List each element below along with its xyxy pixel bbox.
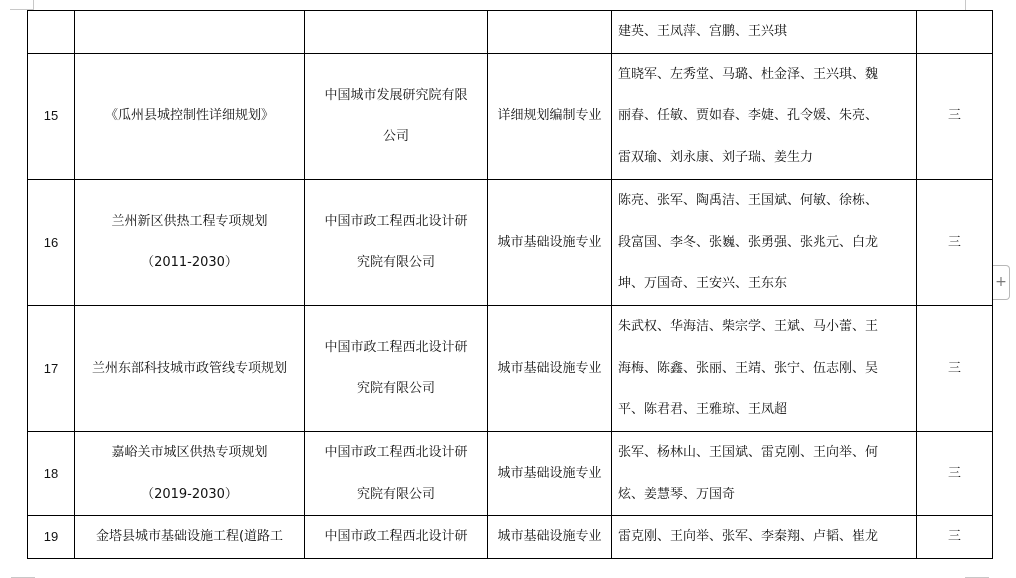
cell-project-name[interactable]: 《瓜州县城控制性详细规划》 (75, 53, 305, 179)
row-number: 19 (34, 516, 68, 558)
cell-award-level[interactable]: 三 (917, 53, 993, 179)
add-row-button[interactable]: + (993, 265, 1010, 300)
project-name-line: （2011-2030） (81, 242, 298, 284)
cell-number[interactable]: 15 (28, 53, 75, 179)
specialty: 详细规划编制专业 (494, 95, 605, 137)
participants-line: 平、陈君君、王雅琼、王凤超 (618, 389, 910, 431)
cell-award-level[interactable]: 三 (917, 179, 993, 305)
award-level: 三 (923, 222, 986, 264)
project-name-line: 金塔县城市基础设施工程(道路工 (81, 516, 298, 558)
page-corner-mark-top-right-vertical (965, 0, 966, 10)
cell-participants[interactable]: 建英、王凤萍、宫鹏、王兴琪 (612, 11, 917, 54)
organization-line: 中国市政工程西北设计研 (311, 516, 481, 558)
organization-line: 究院有限公司 (311, 242, 481, 284)
organization-line: 中国市政工程西北设计研 (311, 432, 481, 474)
cell-number[interactable]: 18 (28, 432, 75, 516)
cell-participants[interactable]: 笪晓军、左秀堂、马璐、杜金泽、王兴琪、魏丽春、任敏、贾如春、李婕、孔令媛、朱亮、… (612, 53, 917, 179)
participants-line: 雷克刚、王向举、张军、李秦翔、卢韬、崔龙 (618, 516, 910, 558)
project-name-line: 兰州新区供热工程专项规划 (81, 201, 298, 243)
cell-specialty[interactable]: 城市基础设施专业 (488, 305, 612, 431)
cell-award-level[interactable]: 三 (917, 516, 993, 559)
participants-line: 朱武权、华海洁、柴宗学、王斌、马小蕾、王 (618, 306, 910, 348)
cell-specialty[interactable]: 城市基础设施专业 (488, 432, 612, 516)
cell-organization[interactable]: 中国市政工程西北设计研 (305, 516, 488, 559)
row-number: 16 (34, 222, 68, 264)
cell-participants[interactable]: 陈亮、张军、陶禹洁、王国斌、何敏、徐栋、段富国、李冬、张巍、张勇强、张兆元、白龙… (612, 179, 917, 305)
cell-participants[interactable]: 朱武权、华海洁、柴宗学、王斌、马小蕾、王海梅、陈鑫、张丽、王靖、张宁、伍志刚、吴… (612, 305, 917, 431)
cell-specialty[interactable]: 城市基础设施专业 (488, 179, 612, 305)
cell-organization[interactable]: 中国市政工程西北设计研究院有限公司 (305, 179, 488, 305)
award-level: 三 (923, 453, 986, 495)
award-level: 三 (923, 516, 986, 558)
cell-award-level[interactable]: 三 (917, 432, 993, 516)
project-name-line: （2019-2030） (81, 474, 298, 516)
cell-project-name[interactable]: 兰州新区供热工程专项规划（2011-2030） (75, 179, 305, 305)
award-level: 三 (923, 348, 986, 390)
table-row: 15《瓜州县城控制性详细规划》中国城市发展研究院有限公司详细规划编制专业笪晓军、… (28, 53, 993, 179)
cell-project-name[interactable]: 兰州东部科技城市政管线专项规划 (75, 305, 305, 431)
specialty: 城市基础设施专业 (494, 516, 605, 558)
project-name-line: 《瓜州县城控制性详细规划》 (81, 95, 298, 137)
participants-line: 炫、姜慧琴、万国奇 (618, 474, 910, 516)
specialty: 城市基础设施专业 (494, 348, 605, 390)
row-number: 17 (34, 348, 68, 390)
cell-number[interactable]: 16 (28, 179, 75, 305)
table-row: 16兰州新区供热工程专项规划（2011-2030）中国市政工程西北设计研究院有限… (28, 179, 993, 305)
cell-number[interactable]: 17 (28, 305, 75, 431)
cell-organization[interactable]: 中国市政工程西北设计研究院有限公司 (305, 305, 488, 431)
participants-line: 段富国、李冬、张巍、张勇强、张兆元、白龙 (618, 222, 910, 264)
project-name-line: 兰州东部科技城市政管线专项规划 (81, 348, 298, 390)
participants-line: 海梅、陈鑫、张丽、王靖、张宁、伍志刚、吴 (618, 348, 910, 390)
table-row: 18嘉峪关市城区供热专项规划（2019-2030）中国市政工程西北设计研究院有限… (28, 432, 993, 516)
cell-number[interactable]: 19 (28, 516, 75, 559)
table-row: 19金塔县城市基础设施工程(道路工中国市政工程西北设计研城市基础设施专业雷克刚、… (28, 516, 993, 559)
participants-line: 雷双瑜、刘永康、刘子瑞、姜生力 (618, 137, 910, 179)
cell-organization[interactable] (305, 11, 488, 54)
cell-project-name[interactable]: 金塔县城市基础设施工程(道路工 (75, 516, 305, 559)
participants-line: 丽春、任敏、贾如春、李婕、孔令媛、朱亮、 (618, 95, 910, 137)
participants-line: 张军、杨林山、王国斌、雷克刚、王向举、何 (618, 432, 910, 474)
row-number: 15 (34, 95, 68, 137)
participants-line: 坤、万国奇、王安兴、王东东 (618, 263, 910, 305)
specialty: 城市基础设施专业 (494, 222, 605, 264)
project-name-line: 嘉峪关市城区供热专项规划 (81, 432, 298, 474)
plus-icon: + (995, 274, 1007, 290)
cell-specialty[interactable]: 详细规划编制专业 (488, 53, 612, 179)
cell-participants[interactable]: 张军、杨林山、王国斌、雷克刚、王向举、何炫、姜慧琴、万国奇 (612, 432, 917, 516)
table-body: 建英、王凤萍、宫鹏、王兴琪15《瓜州县城控制性详细规划》中国城市发展研究院有限公… (28, 11, 993, 559)
organization-line: 公司 (311, 116, 481, 158)
participants-line: 笪晓军、左秀堂、马璐、杜金泽、王兴琪、魏 (618, 54, 910, 96)
award-list-table: 建英、王凤萍、宫鹏、王兴琪15《瓜州县城控制性详细规划》中国城市发展研究院有限公… (27, 10, 993, 559)
specialty: 城市基础设施专业 (494, 453, 605, 495)
organization-line: 中国市政工程西北设计研 (311, 327, 481, 369)
organization-line: 究院有限公司 (311, 368, 481, 410)
cell-award-level[interactable]: 三 (917, 305, 993, 431)
cell-award-level[interactable] (917, 11, 993, 54)
cell-project-name[interactable] (75, 11, 305, 54)
organization-line: 中国市政工程西北设计研 (311, 201, 481, 243)
cell-number[interactable] (28, 11, 75, 54)
cell-organization[interactable]: 中国城市发展研究院有限公司 (305, 53, 488, 179)
cell-organization[interactable]: 中国市政工程西北设计研究院有限公司 (305, 432, 488, 516)
organization-line: 中国城市发展研究院有限 (311, 75, 481, 117)
cell-participants[interactable]: 雷克刚、王向举、张军、李秦翔、卢韬、崔龙 (612, 516, 917, 559)
participants-line: 建英、王凤萍、宫鹏、王兴琪 (618, 11, 910, 53)
participants-line: 陈亮、张军、陶禹洁、王国斌、何敏、徐栋、 (618, 180, 910, 222)
row-number: 18 (34, 453, 68, 495)
cell-specialty[interactable] (488, 11, 612, 54)
award-level: 三 (923, 95, 986, 137)
table-row: 17兰州东部科技城市政管线专项规划中国市政工程西北设计研究院有限公司城市基础设施… (28, 305, 993, 431)
organization-line: 究院有限公司 (311, 474, 481, 516)
cell-specialty[interactable]: 城市基础设施专业 (488, 516, 612, 559)
cell-project-name[interactable]: 嘉峪关市城区供热专项规划（2019-2030） (75, 432, 305, 516)
table-row: 建英、王凤萍、宫鹏、王兴琪 (28, 11, 993, 54)
